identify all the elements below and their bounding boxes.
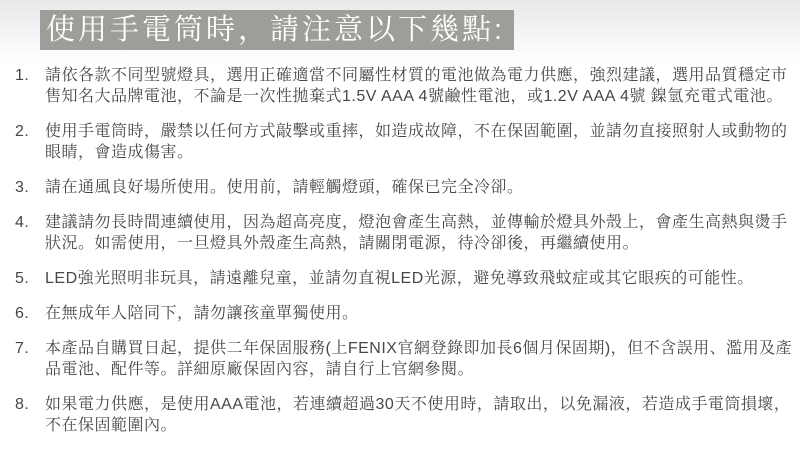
list-item-number: 1. — [15, 65, 45, 86]
list-item: 8. 如果電力供應，是使用AAA電池，若連續超過30天不使用時，請取出，以免漏液… — [15, 394, 796, 436]
list-item-text: 如果電力供應，是使用AAA電池，若連續超過30天不使用時，請取出，以免漏液，若造… — [45, 394, 796, 436]
list-item-number: 6. — [15, 303, 45, 324]
list-item-number: 4. — [15, 212, 45, 233]
list-item-number: 7. — [15, 338, 45, 359]
list-item: 6. 在無成年人陪同下，請勿讓孩童單獨使用。 — [15, 303, 796, 324]
notes-list: 1. 請依各款不同型號燈具，選用正確適當不同屬性材質的電池做為電力供應，強烈建議… — [0, 65, 800, 450]
list-item-text: 建議請勿長時間連續使用，因為超高亮度，燈泡會產生高熱，並傳輸於燈具外殼上，會產生… — [45, 212, 796, 254]
list-item: 7. 本產品自購買日起，提供二年保固服務(上FENIX官網登錄即加長6個月保固期… — [15, 338, 796, 380]
list-item: 4. 建議請勿長時間連續使用，因為超高亮度，燈泡會產生高熱，並傳輸於燈具外殼上，… — [15, 212, 796, 254]
list-item-text: 在無成年人陪同下，請勿讓孩童單獨使用。 — [45, 303, 796, 324]
list-item: 5. LED強光照明非玩具，請遠離兒童，並請勿直視LED光源，避免導致飛蚊症或其… — [15, 268, 796, 289]
list-item-number: 8. — [15, 394, 45, 415]
list-item-text: 使用手電筒時，嚴禁以任何方式敲擊或重摔，如造成故障，不在保固範圍，並請勿直接照射… — [45, 121, 796, 163]
list-item-number: 5. — [15, 268, 45, 289]
page-title-banner: 使用手電筒時，請注意以下幾點: — [40, 10, 514, 50]
list-item-number: 2. — [15, 121, 45, 142]
list-item: 1. 請依各款不同型號燈具，選用正確適當不同屬性材質的電池做為電力供應，強烈建議… — [15, 65, 796, 107]
page-title: 使用手電筒時，請注意以下幾點: — [46, 14, 505, 46]
list-item-text: 本產品自購買日起，提供二年保固服務(上FENIX官網登錄即加長6個月保固期)，但… — [45, 338, 796, 380]
list-item: 3. 請在通風良好場所使用。使用前，請輕觸燈頭，確保已完全冷卻。 — [15, 177, 796, 198]
instruction-page: 使用手電筒時，請注意以下幾點: 1. 請依各款不同型號燈具，選用正確適當不同屬性… — [0, 0, 800, 476]
list-item-number: 3. — [15, 177, 45, 198]
list-item: 2. 使用手電筒時，嚴禁以任何方式敲擊或重摔，如造成故障，不在保固範圍，並請勿直… — [15, 121, 796, 163]
list-item-text: 請依各款不同型號燈具，選用正確適當不同屬性材質的電池做為電力供應，強烈建議，選用… — [45, 65, 796, 107]
list-item-text: LED強光照明非玩具，請遠離兒童，並請勿直視LED光源，避免導致飛蚊症或其它眼疾… — [45, 268, 796, 289]
list-item-text: 請在通風良好場所使用。使用前，請輕觸燈頭，確保已完全冷卻。 — [45, 177, 796, 198]
